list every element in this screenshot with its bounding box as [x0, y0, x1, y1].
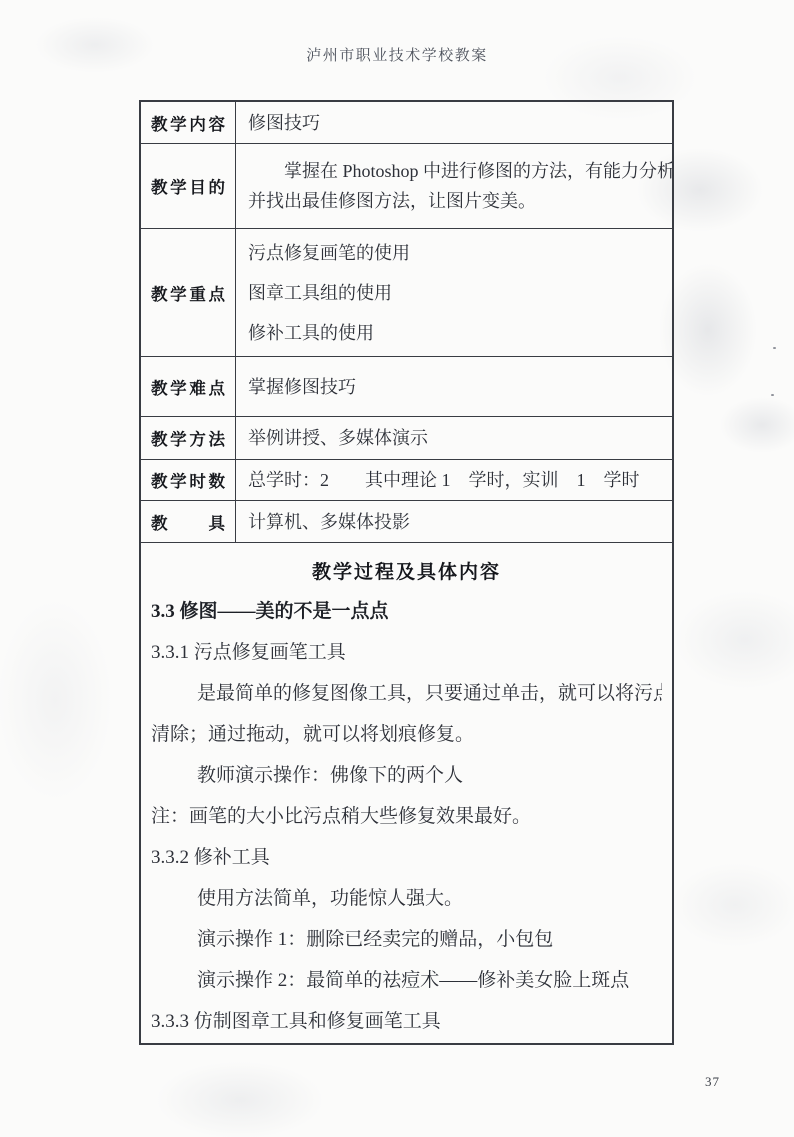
- content-line: 演示操作 2：最简单的祛痘术——修补美女脸上斑点: [151, 958, 662, 999]
- content-note-line: 注：画笔的大小比污点稍大些修复效果最好。: [151, 794, 662, 835]
- row-label: 教具: [151, 510, 225, 534]
- row-label: 教学重点: [151, 281, 225, 305]
- content-line: 使用方法简单，功能惊人强大。: [151, 876, 662, 917]
- row-label: 教学时数: [151, 468, 225, 492]
- row-content-cell: 总学时：2 其中理论 1 学时，实训 1 学时: [236, 460, 672, 500]
- table-row-teaching-objective: 教学目的 掌握在 Photoshop 中进行修图的方法，有能力分析图片 并找出最…: [141, 144, 672, 229]
- document-header-title: 泸州市职业技术学校教案: [0, 44, 794, 65]
- page-number: 37: [705, 1074, 720, 1090]
- row-content-text: 污点修复画笔的使用: [248, 233, 660, 273]
- row-label: 教学方法: [151, 426, 225, 450]
- row-content-cell: 修图技巧: [236, 102, 672, 143]
- row-content-cell: 掌握修图技巧: [236, 357, 672, 416]
- table-row-teaching-hours: 教学时数 总学时：2 其中理论 1 学时，实训 1 学时: [141, 460, 672, 501]
- content-line: 教师演示操作：佛像下的两个人: [151, 753, 662, 794]
- row-content-cell: 污点修复画笔的使用 图章工具组的使用 修补工具的使用: [236, 229, 672, 356]
- row-content-cell: 举例讲授、多媒体演示: [236, 417, 672, 459]
- row-content-cell: 计算机、多媒体投影: [236, 501, 672, 542]
- row-content-text: 掌握在 Photoshop 中进行修图的方法，有能力分析图片: [248, 156, 660, 186]
- row-content-cell: 掌握在 Photoshop 中进行修图的方法，有能力分析图片 并找出最佳修图方法…: [236, 144, 672, 228]
- row-content-text: 修图技巧: [248, 108, 660, 138]
- teaching-process-section: 教学过程及具体内容 3.3 修图——美的不是一点点 3.3.1 污点修复画笔工具…: [141, 543, 672, 1043]
- content-line: 演示操作 1：删除已经卖完的赠品，小包包: [151, 917, 662, 958]
- row-label: 教学内容: [151, 111, 225, 135]
- row-label-cell: 教学目的: [141, 144, 236, 228]
- row-content-text: 修补工具的使用: [248, 313, 660, 353]
- row-label-cell: 教具: [141, 501, 236, 542]
- row-content-text: 并找出最佳修图方法，让图片变美。: [248, 186, 660, 216]
- row-content-text: 掌握修图技巧: [248, 372, 660, 402]
- row-content-text: 举例讲授、多媒体演示: [248, 423, 660, 453]
- table-row-teaching-method: 教学方法 举例讲授、多媒体演示: [141, 417, 672, 460]
- row-label-cell: 教学时数: [141, 460, 236, 500]
- row-content-text: 计算机、多媒体投影: [248, 507, 660, 537]
- section-title: 教学过程及具体内容: [151, 551, 662, 589]
- row-label-cell: 教学难点: [141, 357, 236, 416]
- scanned-document-page: 泸州市职业技术学校教案 教学内容 修图技巧 教学目的 掌握在 Photoshop…: [0, 0, 794, 1137]
- table-row-teaching-difficulty: 教学难点 掌握修图技巧: [141, 357, 672, 417]
- row-label-cell: 教学方法: [141, 417, 236, 459]
- table-row-teaching-key-points: 教学重点 污点修复画笔的使用 图章工具组的使用 修补工具的使用: [141, 229, 672, 357]
- row-label-cell: 教学内容: [141, 102, 236, 143]
- row-label: 教学目的: [151, 174, 225, 198]
- row-label-cell: 教学重点: [141, 229, 236, 356]
- scan-speck: [773, 347, 776, 349]
- content-line: 清除；通过拖动，就可以将划痕修复。: [151, 712, 662, 753]
- scan-speck: [771, 394, 774, 396]
- row-content-text: 总学时：2 其中理论 1 学时，实训 1 学时: [248, 465, 660, 495]
- content-subheading: 3.3.3 仿制图章工具和修复画笔工具: [151, 999, 662, 1040]
- table-row-teaching-content: 教学内容 修图技巧: [141, 102, 672, 144]
- row-label: 教学难点: [151, 375, 225, 399]
- table-row-teaching-aids: 教具 计算机、多媒体投影: [141, 501, 672, 543]
- content-subheading: 3.3.1 污点修复画笔工具: [151, 630, 662, 671]
- lesson-plan-table: 教学内容 修图技巧 教学目的 掌握在 Photoshop 中进行修图的方法，有能…: [139, 100, 674, 1045]
- content-line: 是最简单的修复图像工具，只要通过单击，就可以将污点: [151, 671, 662, 712]
- content-subheading: 3.3.2 修补工具: [151, 835, 662, 876]
- content-heading: 3.3 修图——美的不是一点点: [151, 589, 662, 630]
- row-content-text: 图章工具组的使用: [248, 273, 660, 313]
